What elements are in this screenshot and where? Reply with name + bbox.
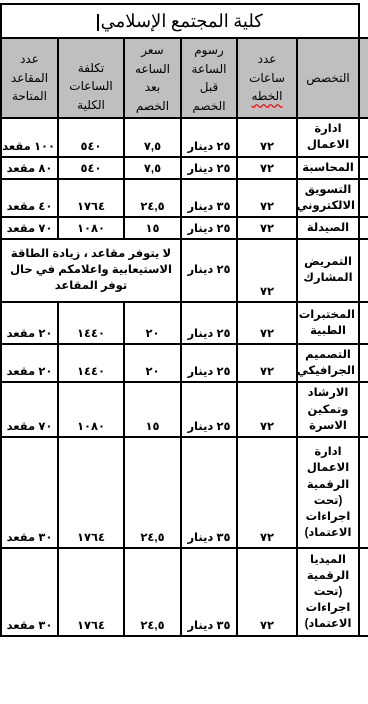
seats-cell[interactable]: ٣٠ مقعد: [1, 437, 58, 548]
seats-cell[interactable]: ٤٠ مقعد: [1, 179, 58, 217]
header-plan-hours[interactable]: عدد ساعات الخطه: [237, 38, 297, 118]
fee-before-cell[interactable]: ٢٥ دينار: [181, 302, 237, 344]
plan-hours-cell[interactable]: ٧٢: [237, 382, 297, 437]
table-row: التصميم الجرافيكي٧٢٢٥ دينار٢٠١٤٤٠٢٠ مقعد: [1, 344, 368, 382]
clipped-column-cell: [359, 382, 368, 437]
total-cost-cell[interactable]: ١٠٨٠: [58, 382, 124, 437]
price-after-cell[interactable]: ٧,٥: [124, 157, 181, 179]
price-after-cell[interactable]: ١٥: [124, 382, 181, 437]
price-after-cell[interactable]: ٧,٥: [124, 118, 181, 156]
total-cost-cell[interactable]: ١٠٨٠: [58, 217, 124, 239]
total-cost-cell[interactable]: ١٧٦٤: [58, 437, 124, 548]
price-after-cell[interactable]: ٢٠: [124, 302, 181, 344]
fee-before-cell[interactable]: ٢٥ دينار: [181, 344, 237, 382]
total-cost-cell[interactable]: ١٤٤٠: [58, 344, 124, 382]
fee-before-cell[interactable]: ٣٥ دينار: [181, 179, 237, 217]
table-title[interactable]: كلية المجتمع الإسلامي: [1, 4, 359, 38]
title-row: كلية المجتمع الإسلامي: [1, 4, 368, 38]
total-cost-cell[interactable]: ٥٤٠: [58, 157, 124, 179]
plan-hours-cell[interactable]: ٧٢: [237, 548, 297, 636]
specialization-cell[interactable]: المحاسبة: [297, 157, 359, 179]
plan-hours-cell[interactable]: ٧٢: [237, 179, 297, 217]
total-cost-cell[interactable]: ١٤٤٠: [58, 302, 124, 344]
fee-before-cell[interactable]: ٣٥ دينار: [181, 437, 237, 548]
price-after-cell[interactable]: ٢٤,٥: [124, 437, 181, 548]
clipped-column-cell: [359, 157, 368, 179]
specialization-cell[interactable]: الصيدلة: [297, 217, 359, 239]
fee-before-cell[interactable]: ٢٥ دينار: [181, 217, 237, 239]
specialization-cell[interactable]: التصميم الجرافيكي: [297, 344, 359, 382]
price-after-cell[interactable]: ٢٤,٥: [124, 548, 181, 636]
specialization-cell[interactable]: التسويق الالكتروني: [297, 179, 359, 217]
seats-cell[interactable]: ٣٠ مقعد: [1, 548, 58, 636]
header-price-after-discount[interactable]: سعر الساعه بعد الخصم: [124, 38, 181, 118]
specialization-cell[interactable]: الميديا الرقمية (تحت اجراءات الاعتماد): [297, 548, 359, 636]
fee-before-cell[interactable]: ٣٥ دينار: [181, 548, 237, 636]
plan-hours-cell[interactable]: ٧٢: [237, 217, 297, 239]
fees-table: كلية المجتمع الإسلامي التخصص عدد ساعات ا…: [0, 3, 368, 637]
plan-hours-cell[interactable]: ٧٢: [237, 157, 297, 179]
seats-cell[interactable]: ٨٠ مقعد: [1, 157, 58, 179]
total-cost-cell[interactable]: ٥٤٠: [58, 118, 124, 156]
table-row: الارشاد وتمكين الاسرة٧٢٢٥ دينار١٥١٠٨٠٧٠ …: [1, 382, 368, 437]
table-body: ادارة الاعمال٧٢٢٥ دينار٧,٥٥٤٠١٠٠ مقعدالم…: [1, 118, 368, 636]
plan-hours-cell[interactable]: ٧٢: [237, 437, 297, 548]
header-row: التخصص عدد ساعات الخطه رسوم الساعة قبل ا…: [1, 38, 368, 118]
clipped-column-cell: [359, 4, 368, 38]
clipped-column-cell: [359, 548, 368, 636]
clipped-column-cell: [359, 302, 368, 344]
price-after-cell[interactable]: ٢٤,٥: [124, 179, 181, 217]
table-row: التسويق الالكتروني٧٢٣٥ دينار٢٤,٥١٧٦٤٤٠ م…: [1, 179, 368, 217]
clipped-column-cell: [359, 239, 368, 302]
plan-hours-cell[interactable]: ٧٢: [237, 302, 297, 344]
no-seats-note-cell[interactable]: لا يتوفر مقاعد ، زيادة الطاقة الاستيعابي…: [1, 239, 181, 302]
seats-cell[interactable]: ٢٠ مقعد: [1, 302, 58, 344]
spellcheck-flagged-word: الخطه: [251, 89, 282, 103]
clipped-column-header: [359, 38, 368, 118]
table-row: المختبرات الطبية٧٢٢٥ دينار٢٠١٤٤٠٢٠ مقعد: [1, 302, 368, 344]
specialization-cell[interactable]: المختبرات الطبية: [297, 302, 359, 344]
table-row: الصيدلة٧٢٢٥ دينار١٥١٠٨٠٧٠ مقعد: [1, 217, 368, 239]
table-row: ادارة الاعمال الرقمية (تحت اجراءات الاعت…: [1, 437, 368, 548]
clipped-column-cell: [359, 217, 368, 239]
seats-cell[interactable]: ٢٠ مقعد: [1, 344, 58, 382]
header-specialization[interactable]: التخصص: [297, 38, 359, 118]
clipped-column-cell: [359, 344, 368, 382]
seats-cell[interactable]: ١٠٠ مقعد: [1, 118, 58, 156]
specialization-cell[interactable]: التمريض المشارك: [297, 239, 359, 302]
table-row: المحاسبة٧٢٢٥ دينار٧,٥٥٤٠٨٠ مقعد: [1, 157, 368, 179]
document-page: كلية المجتمع الإسلامي التخصص عدد ساعات ا…: [0, 0, 368, 704]
plan-hours-cell[interactable]: ٧٢: [237, 239, 297, 302]
specialization-cell[interactable]: ادارة الاعمال: [297, 118, 359, 156]
plan-hours-cell[interactable]: ٧٢: [237, 118, 297, 156]
specialization-cell[interactable]: الارشاد وتمكين الاسرة: [297, 382, 359, 437]
fee-before-cell[interactable]: ٢٥ دينار: [181, 239, 237, 302]
title-text: كلية المجتمع الإسلامي: [101, 11, 263, 31]
table-wrapper: كلية المجتمع الإسلامي التخصص عدد ساعات ا…: [2, 3, 368, 637]
price-after-cell[interactable]: ١٥: [124, 217, 181, 239]
fee-before-cell[interactable]: ٢٥ دينار: [181, 118, 237, 156]
text-cursor: [97, 14, 99, 31]
total-cost-cell[interactable]: ١٧٦٤: [58, 179, 124, 217]
fee-before-cell[interactable]: ٢٥ دينار: [181, 382, 237, 437]
plan-hours-cell[interactable]: ٧٢: [237, 344, 297, 382]
header-available-seats[interactable]: عدد المقاعد المتاحة: [1, 38, 58, 118]
seats-cell[interactable]: ٧٠ مقعد: [1, 217, 58, 239]
seats-cell[interactable]: ٧٠ مقعد: [1, 382, 58, 437]
clipped-column-cell: [359, 437, 368, 548]
clipped-column-cell: [359, 118, 368, 156]
table-row: ادارة الاعمال٧٢٢٥ دينار٧,٥٥٤٠١٠٠ مقعد: [1, 118, 368, 156]
price-after-cell[interactable]: ٢٠: [124, 344, 181, 382]
table-row: الميديا الرقمية (تحت اجراءات الاعتماد)٧٢…: [1, 548, 368, 636]
fee-before-cell[interactable]: ٢٥ دينار: [181, 157, 237, 179]
header-fee-before-discount[interactable]: رسوم الساعة قبل الخصم: [181, 38, 237, 118]
specialization-cell[interactable]: ادارة الاعمال الرقمية (تحت اجراءات الاعت…: [297, 437, 359, 548]
total-cost-cell[interactable]: ١٧٦٤: [58, 548, 124, 636]
header-total-cost[interactable]: تكلفة الساعات الكلية: [58, 38, 124, 118]
clipped-column-cell: [359, 179, 368, 217]
table-row: التمريض المشارك٧٢٢٥ دينارلا يتوفر مقاعد …: [1, 239, 368, 302]
